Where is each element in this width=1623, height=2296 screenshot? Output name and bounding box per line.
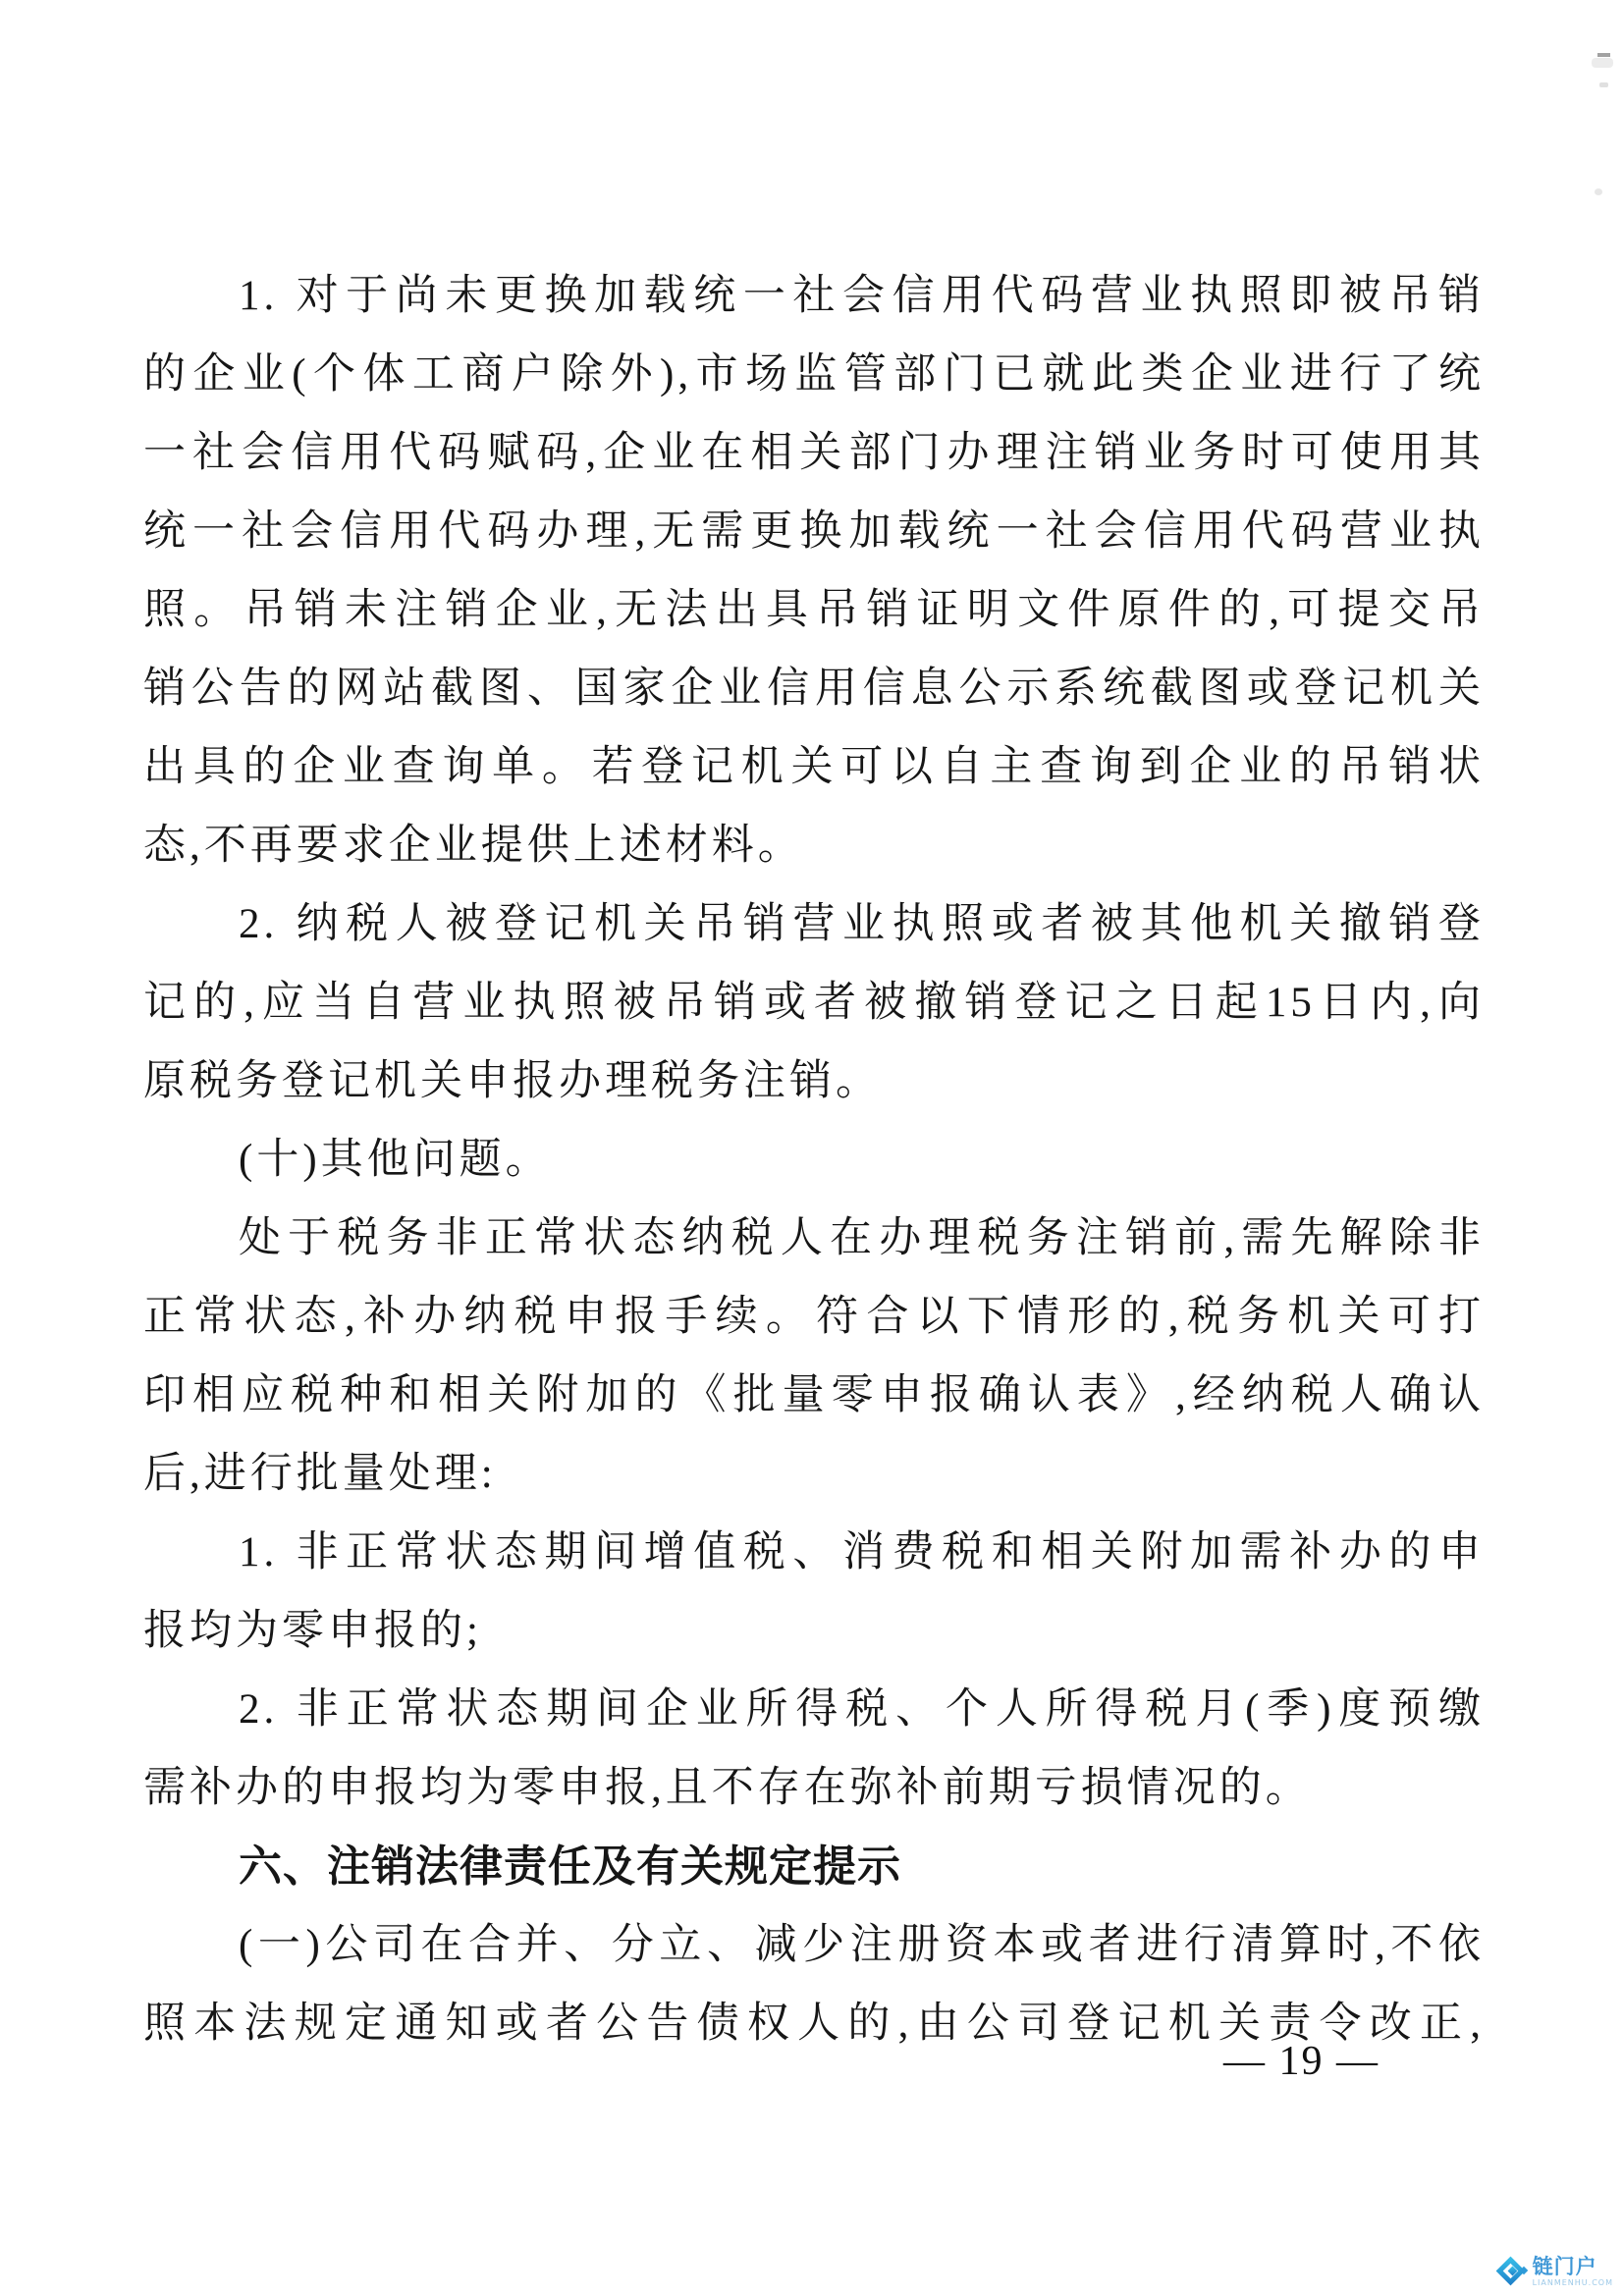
text-line: 的企业(个体工商户除外),市场监管部门已就此类企业进行了统: [143, 336, 1485, 414]
text-line: 一社会信用代码赋码,企业在相关部门办理注销业务时可使用其: [143, 414, 1485, 493]
text-line: 照。吊销未注销企业,无法出具吊销证明文件原件的,可提交吊: [143, 571, 1485, 650]
scan-artifact: [1592, 58, 1613, 68]
section-heading: 六、注销法律责任及有关规定提示: [143, 1828, 1485, 1906]
lianmenhu-logo-icon: [1495, 2255, 1529, 2288]
text-line: 态,不再要求企业提供上述材料。: [143, 807, 1485, 885]
scan-artifact: [1599, 82, 1608, 87]
text-line: 记的,应当自营业执照被吊销或者被撤销登记之日起15日内,向: [143, 964, 1485, 1042]
text-line: 2. 非正常状态期间企业所得税、个人所得税月(季)度预缴: [143, 1671, 1485, 1749]
text-line: (一)公司在合并、分立、减少注册资本或者进行清算时,不依: [143, 1906, 1485, 1985]
text-line: 需补办的申报均为零申报,且不存在弥补前期亏损情况的。: [143, 1749, 1485, 1828]
text-line: 2. 纳税人被登记机关吊销营业执照或者被其他机关撤销登: [143, 885, 1485, 964]
text-line: 原税务登记机关申报办理税务注销。: [143, 1042, 1485, 1121]
document-page: 1. 对于尚未更换加载统一社会信用代码营业执照即被吊销的企业(个体工商户除外),…: [0, 0, 1623, 2296]
text-line: 后,进行批量处理:: [143, 1435, 1485, 1514]
watermark: 链门户 LIANMENHU.COM: [1495, 2255, 1613, 2288]
text-line: 销公告的网站截图、国家企业信用信息公示系统截图或登记机关: [143, 650, 1485, 728]
scan-artifact: [1597, 53, 1610, 57]
watermark-text: 链门户 LIANMENHU.COM: [1533, 2257, 1613, 2287]
text-line: 报均为零申报的;: [143, 1592, 1485, 1671]
watermark-brand: 链门户: [1533, 2257, 1613, 2277]
scan-artifact: [1595, 188, 1602, 195]
document-body: 1. 对于尚未更换加载统一社会信用代码营业执照即被吊销的企业(个体工商户除外),…: [143, 257, 1485, 2063]
text-line: 出具的企业查询单。若登记机关可以自主查询到企业的吊销状: [143, 728, 1485, 807]
text-line: 处于税务非正常状态纳税人在办理税务注销前,需先解除非: [143, 1200, 1485, 1278]
text-line: 1. 非正常状态期间增值税、消费税和相关附加需补办的申: [143, 1514, 1485, 1592]
text-line: 正常状态,补办纳税申报手续。符合以下情形的,税务机关可打: [143, 1278, 1485, 1357]
page-number: — 19 —: [1223, 2034, 1380, 2089]
text-line: 1. 对于尚未更换加载统一社会信用代码营业执照即被吊销: [143, 257, 1485, 336]
watermark-domain: LIANMENHU.COM: [1533, 2279, 1613, 2287]
text-line: (十)其他问题。: [143, 1121, 1485, 1200]
text-line: 印相应税种和相关附加的《批量零申报确认表》,经纳税人确认: [143, 1357, 1485, 1435]
text-line: 统一社会信用代码办理,无需更换加载统一社会信用代码营业执: [143, 493, 1485, 571]
